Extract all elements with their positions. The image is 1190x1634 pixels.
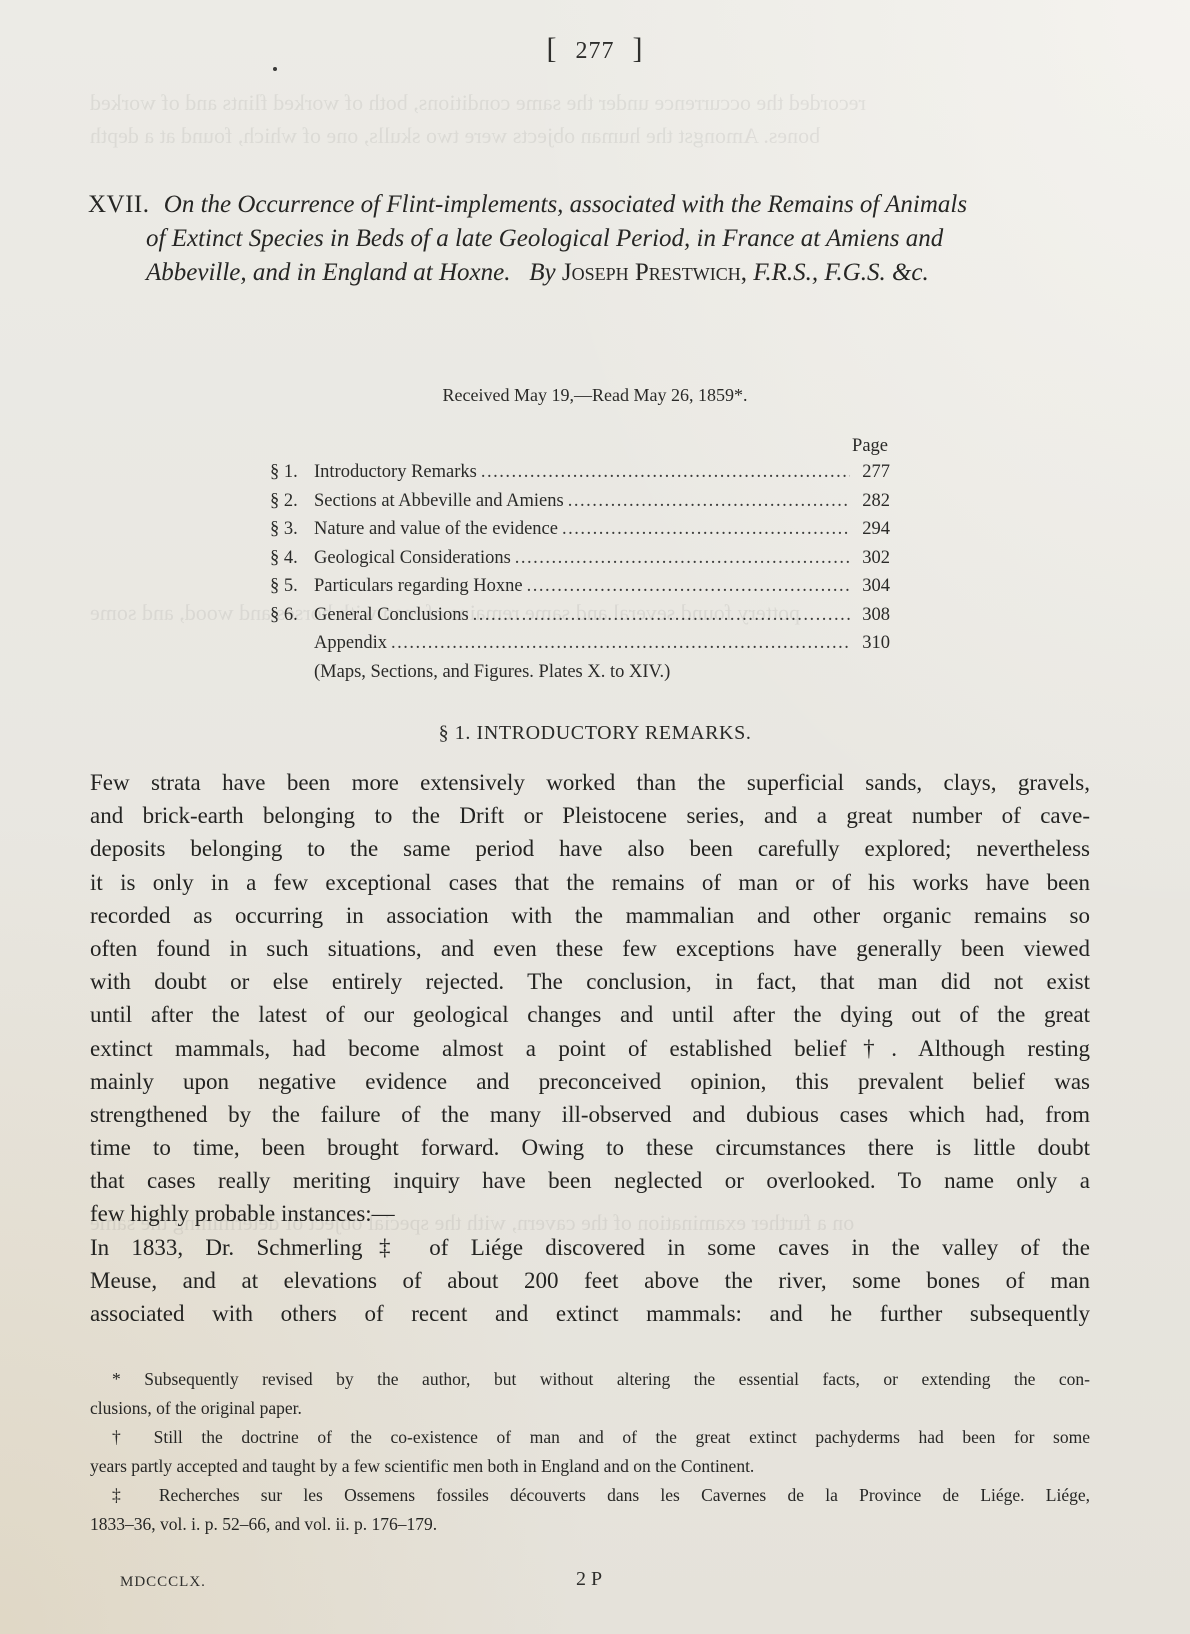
text-line: often found in such situations, and even… bbox=[90, 932, 1090, 965]
text-line: until after the latest of our geological… bbox=[90, 998, 1090, 1031]
footnote-double-dagger: ‡ Recherches sur les Ossemens fossiles d… bbox=[90, 1481, 1090, 1510]
page-number-value: 277 bbox=[576, 38, 615, 64]
toc-label: Appendix bbox=[314, 629, 387, 658]
byline-prefix: By bbox=[529, 259, 555, 286]
article-title: XVII. On the Occurrence of Flint-impleme… bbox=[88, 188, 1098, 290]
toc-page: 304 bbox=[856, 572, 890, 601]
toc-entry: § 6. General Conclusions ...............… bbox=[270, 601, 890, 630]
toc-leader-dots: ........................................… bbox=[568, 487, 850, 516]
footnotes: * Subsequently revised by the author, bu… bbox=[90, 1365, 1090, 1539]
print-speck bbox=[273, 67, 277, 71]
bracket-right: ] bbox=[633, 32, 644, 65]
author-credentials: F.R.S., F.G.S. &c. bbox=[753, 259, 928, 286]
footnote-dagger: † Still the doctrine of the co-existence… bbox=[90, 1423, 1090, 1452]
toc-leader-dots: ........................................… bbox=[473, 601, 850, 630]
article-number: XVII. bbox=[88, 191, 150, 218]
section-heading: § 1. INTRODUCTORY REMARKS. bbox=[0, 722, 1190, 745]
text-line: it is only in a few exceptional cases th… bbox=[90, 866, 1090, 899]
received-date: Received May 19,—Read May 26, 1859*. bbox=[0, 385, 1190, 406]
toc-label: Introductory Remarks bbox=[314, 458, 477, 487]
signature-mark: 2 P bbox=[576, 1568, 602, 1591]
toc-entry: § 4. Geological Considerations .........… bbox=[270, 544, 890, 573]
text-line: that cases really meriting inquiry have … bbox=[90, 1164, 1090, 1197]
text-line: deposits belonging to the same period ha… bbox=[90, 832, 1090, 865]
title-line-2: of Extinct Species in Beds of a late Geo… bbox=[88, 222, 1098, 256]
bracket-left: [ bbox=[547, 32, 558, 65]
toc-entry: § 2. Sections at Abbeville and Amiens ..… bbox=[270, 487, 890, 516]
toc-leader-dots: ........................................… bbox=[515, 544, 850, 573]
toc-page: 302 bbox=[856, 544, 890, 573]
text-line: extinct mammals, had become almost a poi… bbox=[90, 1032, 1090, 1065]
toc-label: Geological Considerations bbox=[314, 544, 511, 573]
toc-plates-note: (Maps, Sections, and Figures. Plates X. … bbox=[270, 658, 890, 686]
toc-label: Sections at Abbeville and Amiens bbox=[314, 487, 564, 516]
text-line: recorded as occurring in association wit… bbox=[90, 899, 1090, 932]
toc-leader-dots: ........................................… bbox=[481, 458, 850, 487]
toc-page-header: Page bbox=[270, 434, 890, 458]
text-line: time to time, been brought forward. Owin… bbox=[90, 1131, 1090, 1164]
toc-section-number: § 5. bbox=[270, 572, 314, 601]
text-line: Meuse, and at elevations of about 200 fe… bbox=[90, 1264, 1090, 1297]
text-line: few highly probable instances:— bbox=[90, 1197, 1090, 1230]
title-line-3: Abbeville, and in England at Hoxne. bbox=[146, 259, 511, 286]
document-page: recorded the occurrence under the same c… bbox=[0, 0, 1190, 1634]
text-line: and brick-earth belonging to the Drift o… bbox=[90, 799, 1090, 832]
body-text: Few strata have been more extensively wo… bbox=[90, 766, 1090, 1330]
footnote-asterisk: * Subsequently revised by the author, bu… bbox=[90, 1365, 1090, 1394]
text-line: with doubt or else entirely rejected. Th… bbox=[90, 965, 1090, 998]
toc-section-number: § 4. bbox=[270, 544, 314, 573]
author-name: Joseph Prestwich bbox=[562, 259, 741, 286]
toc-page: 282 bbox=[856, 487, 890, 516]
toc-label: General Conclusions bbox=[314, 601, 469, 630]
toc-section-number: § 6. bbox=[270, 601, 314, 630]
footnote-asterisk-cont: clusions, of the original paper. bbox=[90, 1394, 1090, 1423]
table-of-contents: Page § 1. Introductory Remarks .........… bbox=[270, 434, 890, 686]
toc-label: Nature and value of the evidence bbox=[314, 515, 558, 544]
paragraph-1: Few strata have been more extensively wo… bbox=[90, 766, 1090, 1231]
text-line: In 1833, Dr. Schmerling‡ of Liége discov… bbox=[90, 1231, 1090, 1264]
toc-section-number: § 1. bbox=[270, 458, 314, 487]
toc-entry: § 3. Nature and value of the evidence ..… bbox=[270, 515, 890, 544]
toc-entry: § 5. Particulars regarding Hoxne .......… bbox=[270, 572, 890, 601]
toc-page: 310 bbox=[856, 629, 890, 658]
toc-page: 308 bbox=[856, 601, 890, 630]
title-line-1: On the Occurrence of Flint-implements, a… bbox=[164, 191, 967, 218]
page-number: [277] bbox=[0, 32, 1190, 66]
toc-page: 294 bbox=[856, 515, 890, 544]
toc-entry: § 1. Introductory Remarks ..............… bbox=[270, 458, 890, 487]
text-line: associated with others of recent and ext… bbox=[90, 1297, 1090, 1330]
toc-page: 277 bbox=[856, 458, 890, 487]
toc-entry: Appendix ...............................… bbox=[270, 629, 890, 658]
toc-section-number: § 3. bbox=[270, 515, 314, 544]
bleed-through-text: recorded the occurrence under the same c… bbox=[90, 90, 866, 116]
toc-section-number: § 2. bbox=[270, 487, 314, 516]
toc-leader-dots: ........................................… bbox=[562, 515, 850, 544]
text-line: Few strata have been more extensively wo… bbox=[90, 766, 1090, 799]
text-line: strengthened by the failure of the many … bbox=[90, 1098, 1090, 1131]
paragraph-2: In 1833, Dr. Schmerling‡ of Liége discov… bbox=[90, 1231, 1090, 1331]
footnote-double-dagger-cont: 1833–36, vol. i. p. 52–66, and vol. ii. … bbox=[90, 1510, 1090, 1539]
footnote-dagger-cont: years partly accepted and taught by a fe… bbox=[90, 1452, 1090, 1481]
bleed-through-text: bones. Amongst the human objects were tw… bbox=[90, 123, 820, 149]
toc-label: Particulars regarding Hoxne bbox=[314, 572, 523, 601]
volume-year: MDCCCLX. bbox=[120, 1574, 206, 1591]
text-line: mainly upon negative evidence and precon… bbox=[90, 1065, 1090, 1098]
toc-leader-dots: ........................................… bbox=[391, 629, 850, 658]
toc-leader-dots: ........................................… bbox=[527, 572, 850, 601]
